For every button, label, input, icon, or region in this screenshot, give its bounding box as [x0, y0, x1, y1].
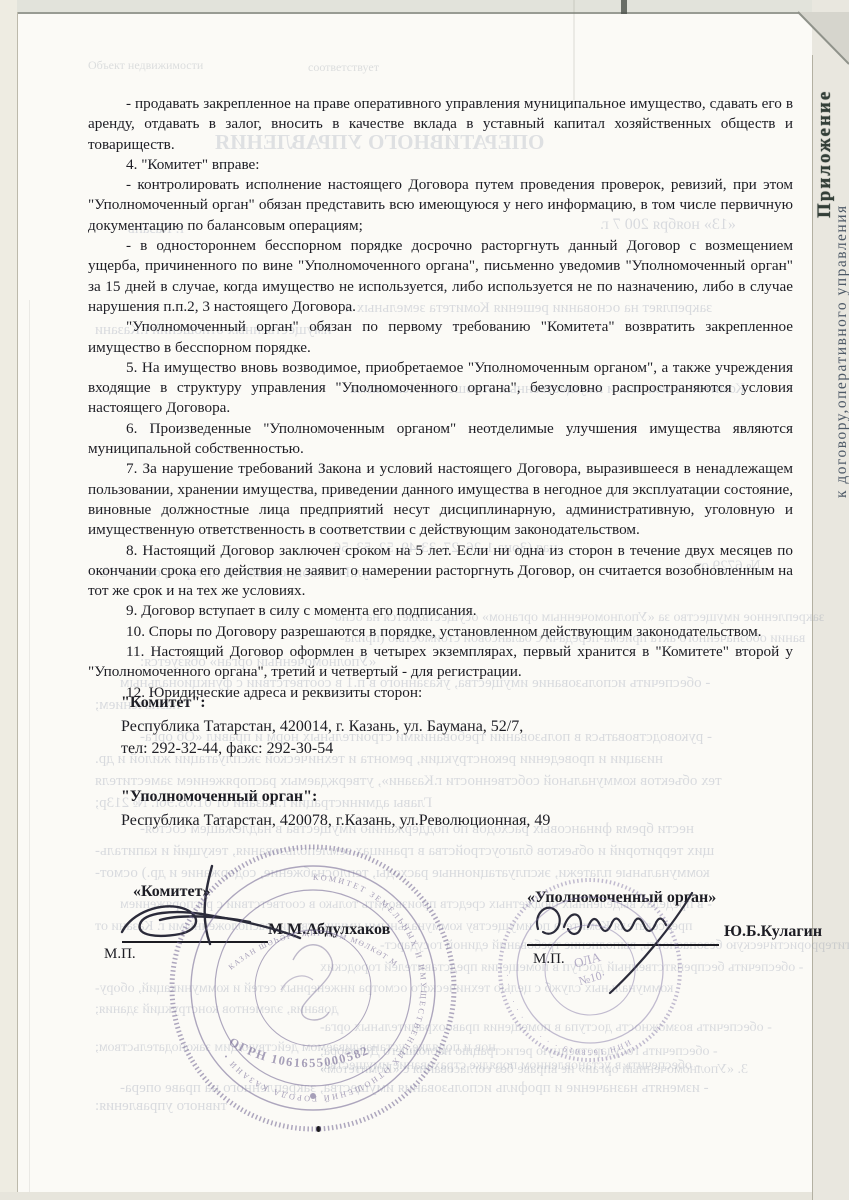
stamp-inner-ring-text: КАЗАН ШӘҺӘРЕ ҖИР ҺӘМ МӨЛКӘТ МӨНӘСӘБӘТЛӘР… [163, 840, 400, 972]
committee-phone: тел: 292-32-44, факс: 292-30-54 [121, 738, 523, 760]
authorized-title: "Уполномоченный орган": [121, 786, 550, 808]
contract-clause: 5. На имущество вновь возводимое, приобр… [88, 358, 793, 419]
page-top-edge [14, 12, 814, 14]
edge-tick-mark [621, 0, 627, 14]
folded-corner [770, 0, 849, 70]
svg-text:КАЗАН ШӘҺӘРЕ ҖИР ҺӘМ МӨЛКӘТ МӨ: КАЗАН ШӘҺӘРЕ ҖИР ҺӘМ МӨЛКӘТ МӨНӘСӘБӘТЛӘР… [163, 840, 400, 972]
contract-clause: 4. "Комитет" вправе: [88, 155, 793, 175]
contract-body: - продавать закрепленное на праве операт… [88, 94, 793, 703]
scanned-document-page: Приложение к договору,оперативного управ… [0, 0, 849, 1200]
svg-text:ОГРН 1061655000582: ОГРН 1061655000582 [227, 1035, 372, 1071]
school-stamp-ring-text: ИНН 1658019 · · · · · · · · · · · [501, 945, 633, 1068]
school-stamp-center-top: ОЛА [572, 949, 603, 971]
contract-clause: 11. Настоящий Договор оформлен в четырех… [88, 642, 793, 683]
scanner-left-strip [0, 0, 17, 1200]
committee-title: "Комитет": [121, 692, 523, 714]
fold-crease [573, 0, 575, 100]
committee-round-stamp: КОМИТЕТ ЗЕМЕЛЬНЫХ И ИМУЩЕСТВЕННЫХ ОТНОШЕ… [163, 840, 463, 1140]
contract-clause: - в одностороннем бесспорном порядке дос… [88, 236, 793, 317]
authorized-requisites: "Уполномоченный орган": Республика Татар… [121, 786, 550, 832]
page-left-edge-secondary [29, 300, 30, 1200]
contract-clause: - продавать закрепленное на праве операт… [88, 94, 793, 155]
committee-requisites: "Комитет": Республика Татарстан, 420014,… [121, 692, 523, 760]
svg-text:ИНН 1658019 · · · · · · · · ·: ИНН 1658019 · · · · · · · · · · · [501, 945, 633, 1068]
side-label-to-contract: к договору,оперативного управления [833, 204, 849, 498]
right-signatory-name: Ю.Б.Кулагин [724, 923, 822, 941]
side-label-attachment: Приложение [814, 90, 836, 218]
contract-clause: 9. Договор вступает в силу с момента его… [88, 601, 793, 621]
pencil-note-left: Объект недвижимости [88, 58, 203, 73]
page-left-edge [17, 12, 18, 1200]
pencil-note-right: соответствует [308, 60, 379, 75]
committee-address: Республика Татарстан, 420014, г. Казань,… [121, 716, 523, 738]
contract-clause: - контролировать исполнение настоящего Д… [88, 175, 793, 236]
stamp-ogrn-text: ОГРН 1061655000582 [227, 1035, 372, 1071]
scanner-bottom-strip [0, 1192, 849, 1200]
school-round-stamp: ОЛА №10· ИНН 1658019 · · · · · · · · · ·… [492, 872, 688, 1068]
contract-clause: 10. Споры по Договору разрешаются в поря… [88, 622, 793, 642]
contract-clause: "Уполномоченный орган" обязан по первому… [88, 317, 793, 358]
scanner-top-strip [0, 0, 849, 12]
authorized-address: Республика Татарстан, 420078, г.Казань, … [121, 810, 550, 832]
contract-clause: 7. За нарушение требований Закона и усло… [88, 459, 793, 540]
contract-clause: 6. Произведенные "Уполномоченным органом… [88, 419, 793, 460]
contract-clause: 8. Настоящий Договор заключен сроком на … [88, 541, 793, 602]
page-right-edge [812, 55, 813, 1200]
school-stamp-center-bottom: №10· [577, 967, 607, 988]
